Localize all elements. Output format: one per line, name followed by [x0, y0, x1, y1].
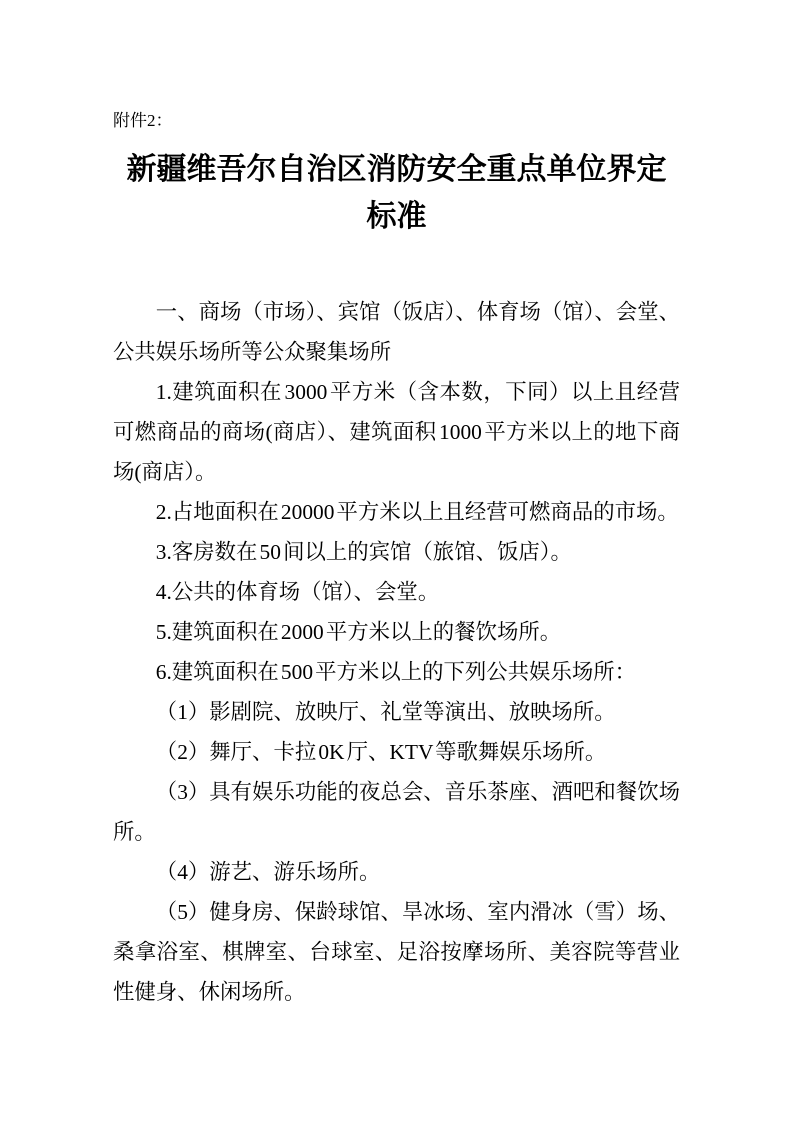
subitem-1: （1）影剧院、放映厅、礼堂等演出、放映场所。 [113, 692, 680, 732]
item-3: 3.客房数在 50 间以上的宾馆（旅馆、饭店）。 [113, 532, 680, 572]
page-title: 新疆维吾尔自治区消防安全重点单位界定标准 [113, 146, 680, 240]
document-page: 附件2： 新疆维吾尔自治区消防安全重点单位界定标准 一、商场（市场）、宾馆（饭店… [0, 0, 793, 1122]
subitem-2: （2）舞厅、卡拉 0K 厅、KTV 等歌舞娱乐场所。 [113, 732, 680, 772]
item-4: 4.公共的体育场（馆）、会堂。 [113, 572, 680, 612]
section-heading: 一、商场（市场）、宾馆（饭店）、体育场（馆）、会堂、公共娱乐场所等公众聚集场所 [113, 292, 680, 372]
subitem-4: （4）游艺、游乐场所。 [113, 852, 680, 892]
document-body: 一、商场（市场）、宾馆（饭店）、体育场（馆）、会堂、公共娱乐场所等公众聚集场所 … [113, 292, 680, 1012]
attachment-label: 附件2： [113, 107, 680, 134]
item-2: 2.占地面积在 20000 平方米以上且经营可燃商品的市场。 [113, 492, 680, 532]
item-6: 6.建筑面积在 500 平方米以上的下列公共娱乐场所： [113, 652, 680, 692]
subitem-5: （5）健身房、保龄球馆、旱冰场、室内滑冰（雪）场、桑拿浴室、棋牌室、台球室、足浴… [113, 892, 680, 1012]
item-1: 1.建筑面积在 3000 平方米（含本数，下同）以上且经营可燃商品的商场(商店）… [113, 372, 680, 492]
subitem-3: （3）具有娱乐功能的夜总会、音乐茶座、酒吧和餐饮场所。 [113, 772, 680, 852]
item-5: 5.建筑面积在 2000 平方米以上的餐饮场所。 [113, 612, 680, 652]
